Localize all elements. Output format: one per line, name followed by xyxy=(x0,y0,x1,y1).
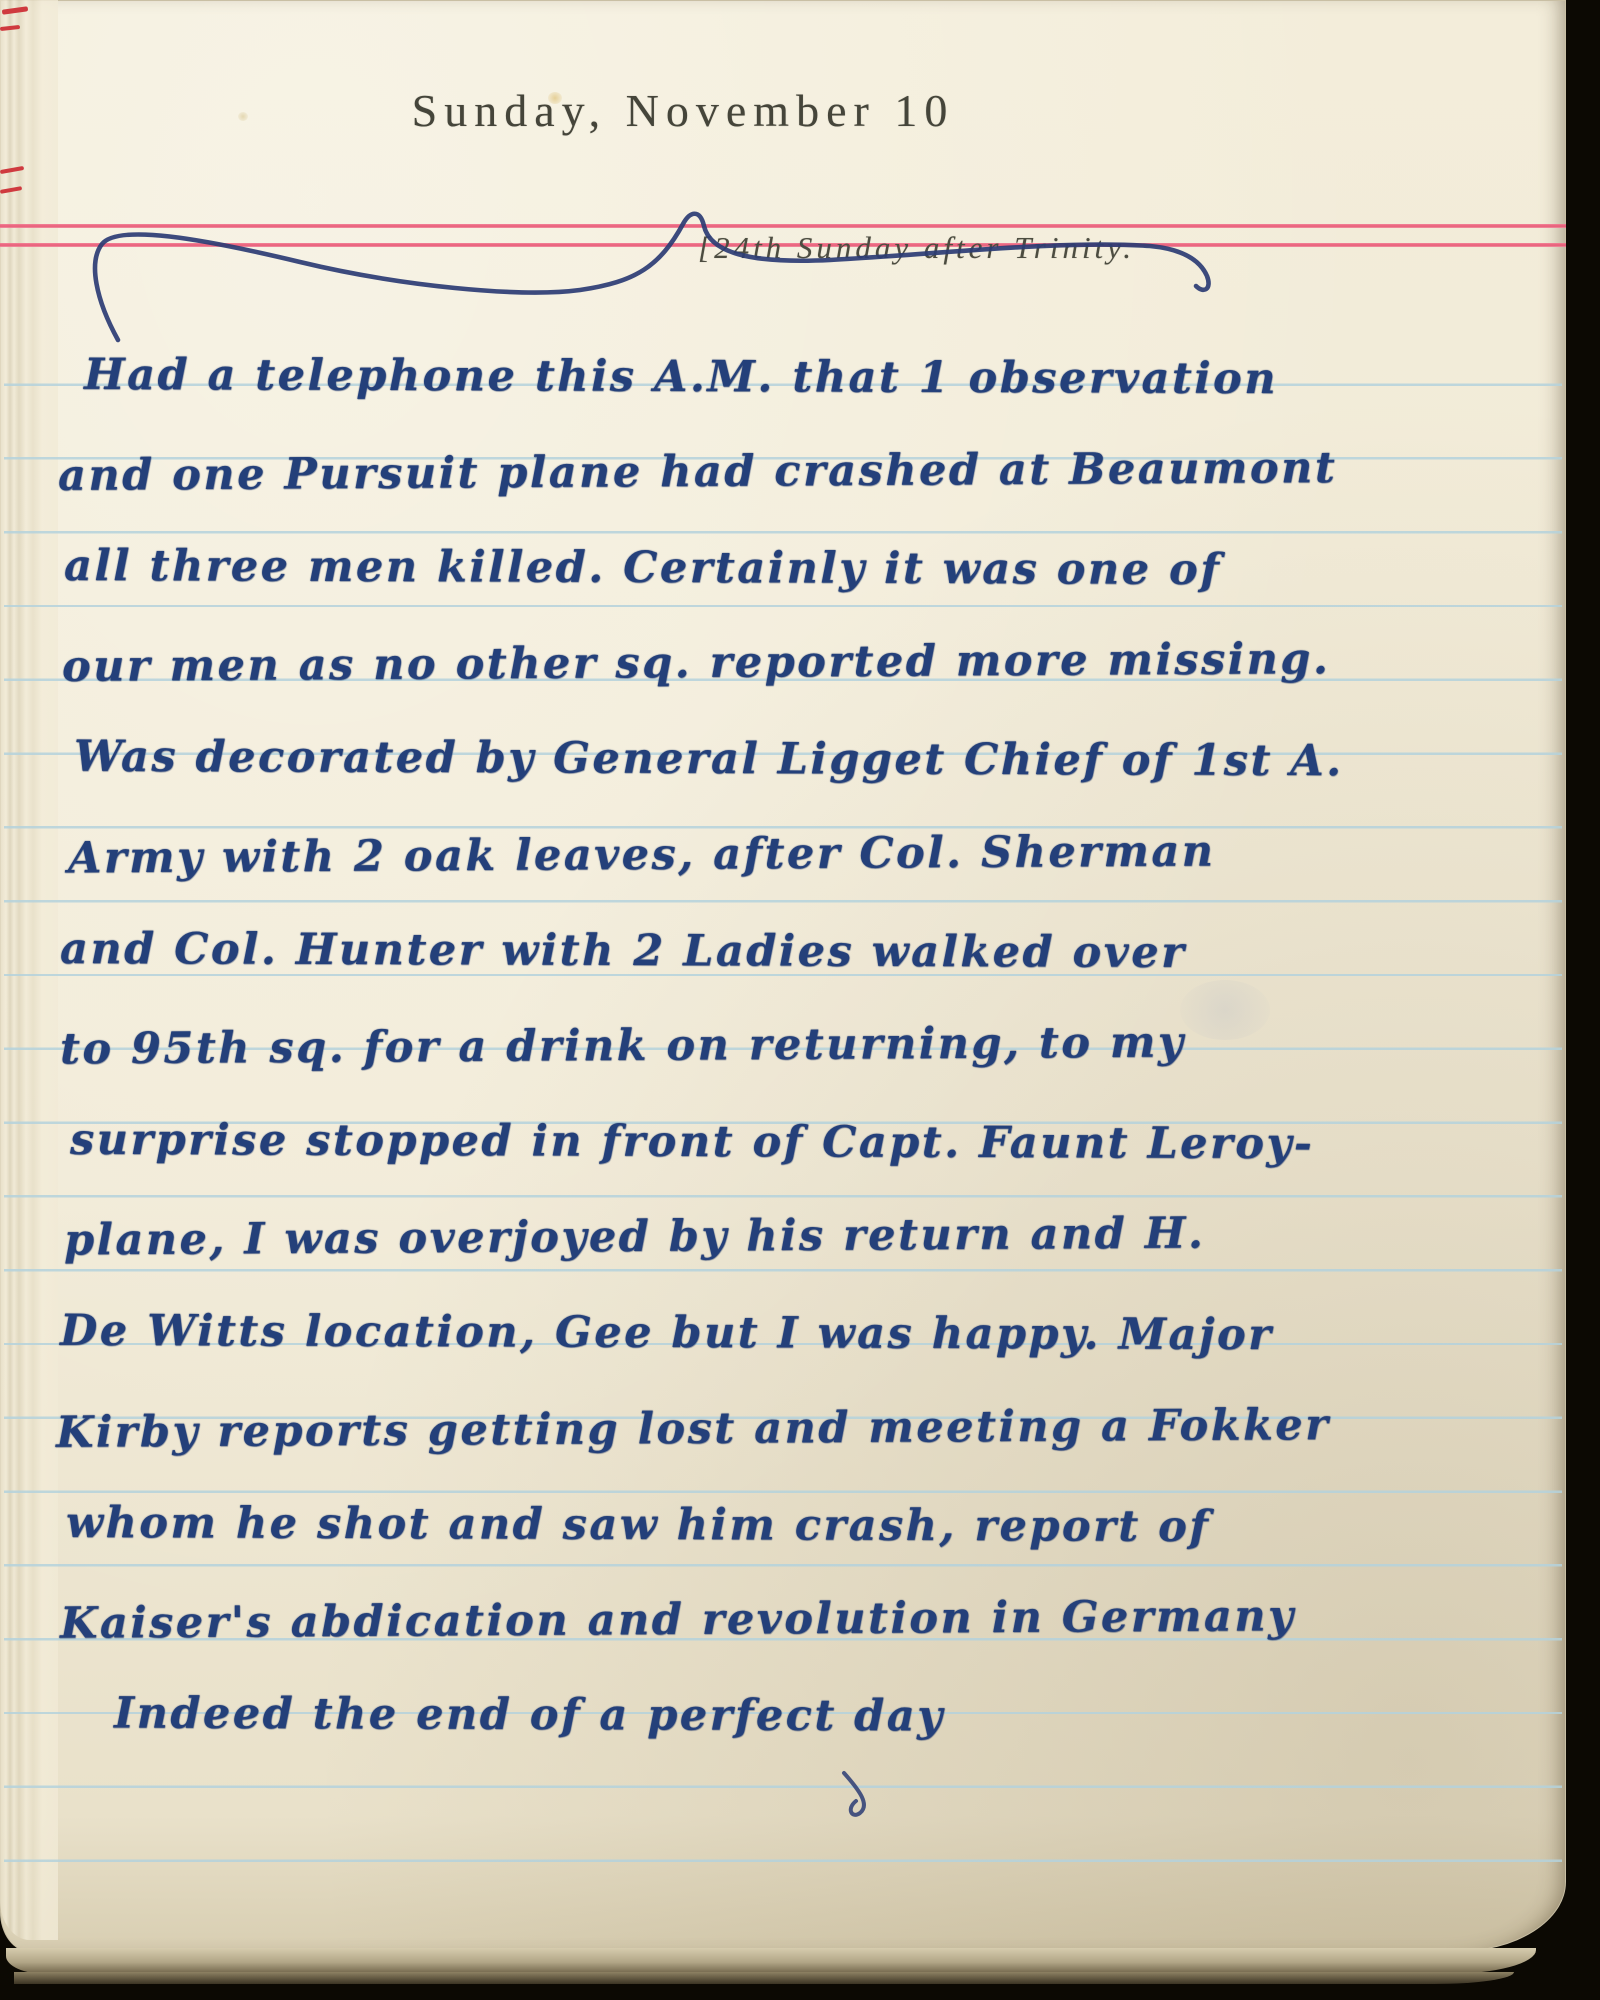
printed-liturgical-note: [24th Sunday after Trinity. xyxy=(698,230,1135,266)
handwritten-line: De Witts location, Gee but I was happy. … xyxy=(60,1306,1274,1360)
handwritten-line: our men as no other sq. reported more mi… xyxy=(62,634,1331,692)
ink-bleed-stain xyxy=(1180,980,1270,1040)
handwritten-line: plane, I was overjoyed by his return and… xyxy=(64,1209,1206,1266)
red-edge-mark xyxy=(0,166,24,174)
handwritten-line: Kaiser's abdication and revolution in Ge… xyxy=(60,1591,1296,1649)
handwritten-line: and Col. Hunter with 2 Ladies walked ove… xyxy=(60,924,1186,978)
handwritten-line: Was decorated by General Ligget Chief of… xyxy=(74,732,1344,786)
red-edge-mark xyxy=(0,25,20,31)
page-bottom-edge xyxy=(6,1948,1536,1974)
handwritten-line: surprise stopped in front of Capt. Faunt… xyxy=(70,1115,1314,1169)
handwritten-line: and one Pursuit plane had crashed at Bea… xyxy=(58,443,1338,501)
handwritten-line: whom he shot and saw him crash, report o… xyxy=(66,1498,1210,1552)
printed-date-header: Sunday, November 10 xyxy=(0,84,1466,137)
page-bottom-shadow xyxy=(14,1972,1514,1984)
handwritten-line: to 95th sq. for a drink on returning, to… xyxy=(60,1018,1186,1075)
diary-page: Sunday, November 10 [24th Sunday after T… xyxy=(0,0,1566,1952)
diary-photo: { "page": { "printed_date": "Sunday, Nov… xyxy=(0,0,1600,2000)
page-stack-edge xyxy=(0,0,58,1940)
red-edge-mark xyxy=(0,186,22,194)
red-rule-top xyxy=(0,224,1566,228)
handwritten-line: Army with 2 oak leaves, after Col. Sherm… xyxy=(68,826,1216,883)
handwritten-line: Indeed the end of a perfect day xyxy=(114,1689,945,1742)
handwritten-line: Had a telephone this A.M. that 1 observa… xyxy=(84,350,1278,404)
red-edge-mark xyxy=(2,6,28,15)
handwritten-line: Kirby reports getting lost and meeting a… xyxy=(56,1400,1331,1458)
handwritten-line: all three men killed. Certainly it was o… xyxy=(64,541,1221,595)
pen-finishing-stroke xyxy=(830,1765,910,1825)
